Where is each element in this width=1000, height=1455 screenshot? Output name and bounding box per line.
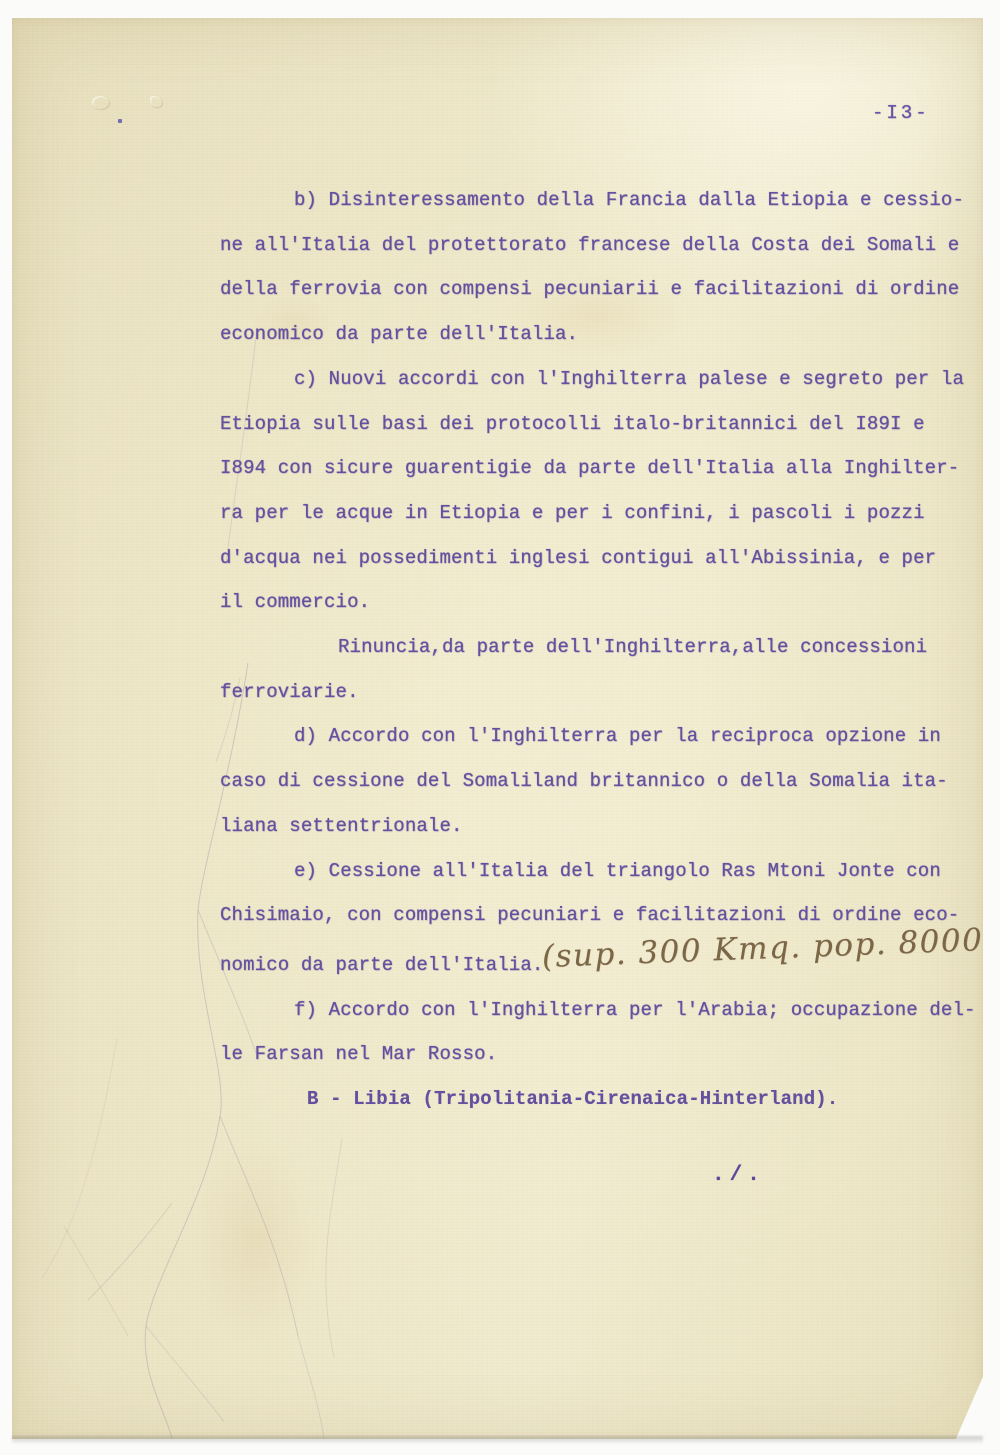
- typewritten-text: ra per le acque in Etiopia e per i confi…: [220, 502, 925, 524]
- text-line: Rinuncia,da parte dell'Inghilterra,alle …: [220, 625, 980, 670]
- typewritten-text: economico da parte dell'Italia.: [220, 323, 578, 345]
- typewritten-text: nomico da parte dell'Italia.: [220, 954, 543, 976]
- text-line: della ferrovia con compensi pecuniarii e…: [220, 267, 980, 312]
- text-line: le Farsan nel Mar Rosso.: [220, 1032, 980, 1077]
- typewritten-text: ferroviarie.: [220, 681, 359, 703]
- text-line: f) Accordo con l'Inghilterra per l'Arabi…: [220, 988, 980, 1033]
- typewritten-text: c) Nuovi accordi con l'Inghilterra pales…: [294, 368, 964, 390]
- typewritten-text: e) Cessione all'Italia del triangolo Ras…: [294, 860, 941, 882]
- typewritten-text: Etiopia sulle basi dei protocolli italo-…: [220, 413, 925, 435]
- document-lines: b) Disinteressamento della Francia dalla…: [220, 178, 980, 1122]
- text-line: Etiopia sulle basi dei protocolli italo-…: [220, 402, 980, 447]
- typewritten-text: f) Accordo con l'Inghilterra per l'Arabi…: [294, 999, 976, 1021]
- text-line: I894 con sicure guarentigie da parte del…: [220, 446, 980, 491]
- text-line: ra per le acque in Etiopia e per i confi…: [220, 491, 980, 536]
- text-line: d'acqua nei possedimenti inglesi contigu…: [220, 536, 980, 581]
- typewritten-text: B - Libia (Tripolitania-Cirenaica-Hinter…: [307, 1088, 838, 1110]
- page-number: -I3-: [872, 102, 930, 124]
- typewritten-text: caso di cessione del Somaliland britanni…: [220, 770, 948, 792]
- text-line: il commercio.: [220, 580, 980, 625]
- typewritten-text: d) Accordo con l'Inghilterra per la reci…: [294, 725, 941, 747]
- text-line: ferroviarie.: [220, 670, 980, 715]
- typewritten-text: liana settentrionale.: [220, 815, 463, 837]
- typewritten-text: il commercio.: [220, 591, 370, 613]
- text-line: economico da parte dell'Italia.: [220, 312, 980, 357]
- text-line: b) Disinteressamento della Francia dalla…: [220, 178, 980, 223]
- scan-shadow: [12, 1436, 983, 1444]
- typewritten-text: I894 con sicure guarentigie da parte del…: [220, 457, 959, 479]
- text-line: nomico da parte dell'Italia.(sup. 300 Km…: [220, 938, 980, 988]
- typewritten-text: Rinuncia,da parte dell'Inghilterra,alle …: [338, 636, 927, 658]
- stray-ink-dot: [118, 119, 122, 123]
- text-line: c) Nuovi accordi con l'Inghilterra pales…: [220, 357, 980, 402]
- text-line: caso di cessione del Somaliland britanni…: [220, 759, 980, 804]
- typewritten-text: b) Disinteressamento della Francia dalla…: [294, 189, 964, 211]
- text-line: liana settentrionale.: [220, 804, 980, 849]
- text-line: B - Libia (Tripolitania-Cirenaica-Hinter…: [220, 1077, 980, 1122]
- continuation-mark: ./.: [712, 1164, 765, 1187]
- typewritten-text: d'acqua nei possedimenti inglesi contigu…: [220, 547, 936, 569]
- document-page: -I3- b) Disinteressamento della Francia …: [12, 18, 983, 1439]
- text-line: ne all'Italia del protettorato francese …: [220, 223, 980, 268]
- blind-stamp-mark: [150, 96, 162, 107]
- text-line: e) Cessione all'Italia del triangolo Ras…: [220, 849, 980, 894]
- typewritten-text: della ferrovia con compensi pecuniarii e…: [220, 278, 959, 300]
- typewritten-text: ne all'Italia del protettorato francese …: [220, 234, 959, 256]
- typewritten-text: le Farsan nel Mar Rosso.: [220, 1043, 497, 1065]
- blind-stamp-mark: [92, 96, 109, 109]
- text-line: d) Accordo con l'Inghilterra per la reci…: [220, 714, 980, 759]
